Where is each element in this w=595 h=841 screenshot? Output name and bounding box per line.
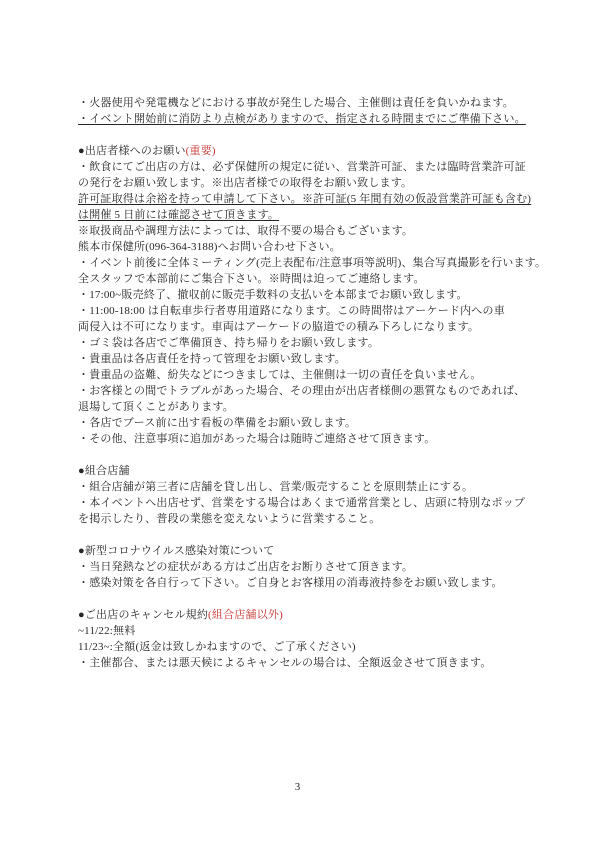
section-cancellation-policy: ●ご出店のキャンセル規約(組合店舗以外)~11/22:無料11/23~:全額(返…	[78, 607, 543, 671]
text-line: ・火器使用や発電機などにおける事故が発生した場合、主催側は責任を負いかねます。	[78, 95, 543, 111]
text-line: ・本イベントへ出店せず、営業をする場合はあくまで通常営業とし、店頭に特別なポップ	[78, 495, 543, 511]
text-line: ※取扱商品や調理方法によっては、取得不要の場合もございます。	[78, 223, 543, 239]
text-line: 熊本市保健所(096-364-3188)へお問い合わせ下さい。	[78, 239, 543, 255]
section-heading: ●出店者様へのお願い(重要)	[78, 143, 543, 159]
text-span: ・当日発熱などの症状がある方はご出店をお断りさせて頂きます。	[78, 561, 413, 573]
text-span: ~11/22:無料	[78, 625, 135, 637]
text-span: を掲示したり、普段の業態を変えないように営業すること。	[78, 513, 380, 525]
text-line: ・貴重品の盗難、紛失などにつきましては、主催側は一切の責任を負いません。	[78, 367, 543, 383]
text-span: ・主催都合、または悪天候によるキャンセルの場合は、全額返金させて頂きます。	[78, 657, 492, 669]
text-line: ・お客様との間でトラブルがあった場合、その理由が出店者様側の悪質なものであれば、	[78, 383, 543, 399]
text-span: ・お客様との間でトラブルがあった場合、その理由が出店者様側の悪質なものであれば、	[78, 385, 525, 397]
document-page: ・火器使用や発電機などにおける事故が発生した場合、主催側は責任を負いかねます。・…	[0, 0, 595, 841]
text-span: 退場して頂くことがあります。	[78, 401, 234, 413]
text-span: 11/23~:全額(返金は致しかねますので、ご了承ください)	[78, 641, 356, 653]
text-line: ・各店でブース前に出す看板の準備をお願い致します。	[78, 415, 543, 431]
text-line: ・17:00~販売終了、撤収前に販売手数料の支払いを本部までお願い致します。	[78, 287, 543, 303]
text-line: ・組合店舗が第三者に店舗を貸し出し、営業/販売することを原則禁止にする。	[78, 479, 543, 495]
section-vendor-requests: ●出店者様へのお願い(重要)・飲食にてご出店の方は、必ず保健所の規定に従い、営業…	[78, 143, 543, 447]
section-heading: ●新型コロナウイルス感染対策について	[78, 543, 543, 559]
text-span: ・貴重品は各店責任を持って管理をお願い致します。	[78, 353, 346, 365]
text-span: ・貴重品の盗難、紛失などにつきましては、主催側は一切の責任を負いません。	[78, 369, 482, 381]
section-fire-safety-notes: ・火器使用や発電機などにおける事故が発生した場合、主催側は責任を負いかねます。・…	[78, 95, 543, 127]
text-line: ・飲食にてご出店の方は、必ず保健所の規定に従い、営業許可証、または臨時営業許可証	[78, 159, 543, 175]
text-span: ・その他、注意事項に追加があった場合は随時ご連絡させて頂きます。	[78, 433, 435, 445]
text-span: 全スタッフで本部前にご集合下さい。※時間は迫ってご連絡します。	[78, 273, 425, 285]
text-span: ・イベント開始前に消防より点検がありますので、指定される時間までにご準備下さい。	[78, 113, 526, 125]
text-span: ●新型コロナウイルス感染対策について	[78, 545, 274, 557]
section-heading: ●組合店舗	[78, 463, 543, 479]
red-emphasis-text: (組合店舗以外)	[208, 609, 283, 621]
text-span: ・ゴミ袋は各店でご準備頂き、持ち帰りをお願い致します。	[78, 337, 379, 349]
text-line: は開催 5 日前には確認させて頂きます。	[78, 207, 543, 223]
text-line: 11/23~:全額(返金は致しかねますので、ご了承ください)	[78, 639, 543, 655]
text-span: は開催 5 日前には確認させて頂きます。	[78, 209, 279, 221]
red-emphasis-text: (重要)	[186, 145, 216, 157]
text-span: ・イベント前後に全体ミーティング(売上表配布/注意事項等説明)、集合写真撮影を行…	[78, 257, 546, 269]
text-span: ・11:00-18:00 は自転車歩行者専用道路になります。この時間帯はアーケー…	[78, 305, 505, 317]
section-union-shops: ●組合店舗・組合店舗が第三者に店舗を貸し出し、営業/販売することを原則禁止にする…	[78, 463, 543, 527]
text-line: ・イベント前後に全体ミーティング(売上表配布/注意事項等説明)、集合写真撮影を行…	[78, 255, 543, 271]
text-span: ・感染対策を各自行って下さい。ご自身とお客様用の消毒液持参をお願い致します。	[78, 577, 503, 589]
text-span: ※取扱商品や調理方法によっては、取得不要の場合もございます。	[78, 225, 413, 237]
text-span: ・火器使用や発電機などにおける事故が発生した場合、主催側は責任を負いかねます。	[78, 97, 514, 109]
section-heading: ●ご出店のキャンセル規約(組合店舗以外)	[78, 607, 543, 623]
text-span: ・組合店舗が第三者に店舗を貸し出し、営業/販売することを原則禁止にする。	[78, 481, 473, 493]
text-line: ・11:00-18:00 は自転車歩行者専用道路になります。この時間帯はアーケー…	[78, 303, 543, 319]
text-line: ・当日発熱などの症状がある方はご出店をお断りさせて頂きます。	[78, 559, 543, 575]
text-line: 許可証取得は余裕を持って申請して下さい。※許可証(5 年間有効の仮設営業許可証も…	[78, 191, 543, 207]
text-span: ●ご出店のキャンセル規約	[78, 609, 208, 621]
text-line: 全スタッフで本部前にご集合下さい。※時間は迫ってご連絡します。	[78, 271, 543, 287]
text-line: 両侵入は不可になります。車両はアーケードの脇道での積み下ろしになります。	[78, 319, 543, 335]
text-span: 両侵入は不可になります。車両はアーケードの脇道での積み下ろしになります。	[78, 321, 479, 333]
page-number: 3	[0, 781, 595, 793]
text-line: ・主催都合、または悪天候によるキャンセルの場合は、全額返金させて頂きます。	[78, 655, 543, 671]
text-span: ●出店者様へのお願い	[78, 145, 186, 157]
document-content: ・火器使用や発電機などにおける事故が発生した場合、主催側は責任を負いかねます。・…	[78, 95, 543, 671]
section-covid-measures: ●新型コロナウイルス感染対策について・当日発熱などの症状がある方はご出店をお断り…	[78, 543, 543, 591]
text-line: ・感染対策を各自行って下さい。ご自身とお客様用の消毒液持参をお願い致します。	[78, 575, 543, 591]
text-line: 退場して頂くことがあります。	[78, 399, 543, 415]
text-line: ・その他、注意事項に追加があった場合は随時ご連絡させて頂きます。	[78, 431, 543, 447]
text-line: の発行をお願い致します。※出店者様での取得をお願い致します。	[78, 175, 543, 191]
text-span: ・各店でブース前に出す看板の準備をお願い致します。	[78, 417, 356, 429]
text-line: ・イベント開始前に消防より点検がありますので、指定される時間までにご準備下さい。	[78, 111, 543, 127]
text-span: ●組合店舗	[78, 465, 130, 477]
text-span: ・飲食にてご出店の方は、必ず保健所の規定に従い、営業許可証、または臨時営業許可証	[78, 161, 526, 173]
text-line: ・ゴミ袋は各店でご準備頂き、持ち帰りをお願い致します。	[78, 335, 543, 351]
text-span: の発行をお願い致します。※出店者様での取得をお願い致します。	[78, 177, 412, 189]
text-line: ~11/22:無料	[78, 623, 543, 639]
text-span: 許可証取得は余裕を持って申請して下さい。※許可証(5 年間有効の仮設営業許可証も…	[78, 193, 531, 205]
text-span: 熊本市保健所(096-364-3188)へお問い合わせ下さい。	[78, 241, 341, 253]
text-span: ・本イベントへ出店せず、営業をする場合はあくまで通常営業とし、店頭に特別なポップ	[78, 497, 525, 509]
text-line: を掲示したり、普段の業態を変えないように営業すること。	[78, 511, 543, 527]
text-line: ・貴重品は各店責任を持って管理をお願い致します。	[78, 351, 543, 367]
text-span: ・17:00~販売終了、撤収前に販売手数料の支払いを本部までお願い致します。	[78, 289, 468, 301]
